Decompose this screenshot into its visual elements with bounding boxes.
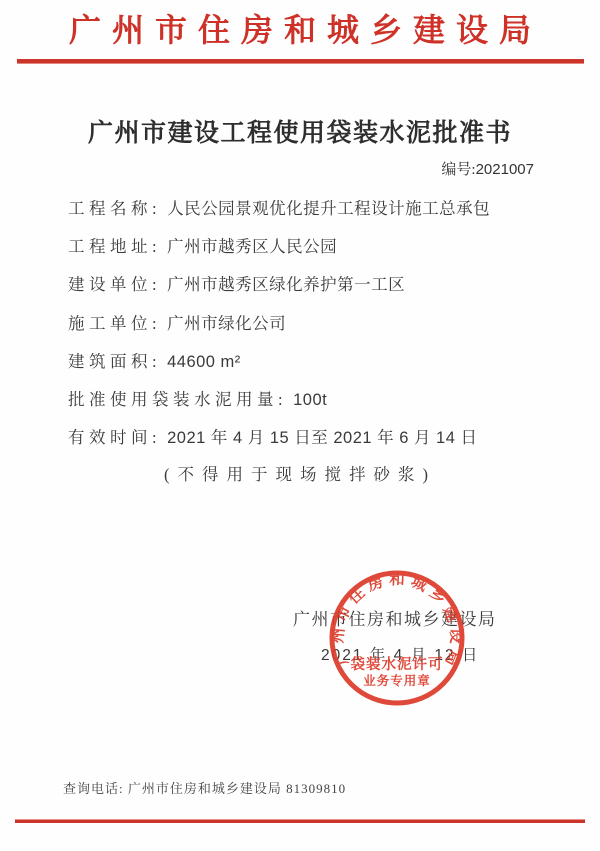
field-value: 人民公园景观优化提升工程设计施工总承包 (167, 200, 490, 218)
footer-contact-phone: 查询电话: 广州市住房和城乡建设局 81309810 (63, 778, 346, 797)
signature-issuer: 广州市住房和城乡建设局 (293, 605, 497, 630)
field-value: 广州市绿化公司 (167, 315, 286, 333)
official-red-seal: 广州市住房和城乡建设局 袋装水泥许可 业务专用章 (327, 568, 467, 708)
field-value: 广州市越秀区绿化养护第一工区 (167, 276, 405, 294)
field-label: 批准使用袋装水泥用量: (68, 390, 287, 409)
field-value: 广州市越秀区人民公园 (167, 238, 337, 256)
field-row-contractor-unit: 施工单位:广州市绿化公司 (68, 305, 600, 343)
field-label: 施工单位: (68, 314, 161, 333)
document-number-value: 2021007 (476, 161, 534, 178)
document-number-label: 编号: (441, 162, 475, 178)
field-row-construction-unit: 建设单位:广州市越秀区绿化养护第一工区 (68, 266, 600, 304)
fields-section: 工程名称:人民公园景观优化提升工程设计施工总承包 工程地址:广州市越秀区人民公园… (0, 190, 600, 457)
letterhead-agency-name: 广州市住房和城乡建设局 (0, 10, 600, 50)
field-label: 工程名称: (68, 199, 161, 218)
signature-date: 2021 年 4 月 12 日 (321, 643, 479, 665)
seal-ring-circle (332, 573, 462, 703)
field-row-project-address: 工程地址:广州市越秀区人民公园 (68, 228, 600, 266)
field-value: 44600 m² (167, 353, 241, 371)
seal-inner-line2: 业务专用章 (363, 673, 431, 688)
restriction-note: (不得用于现场搅拌砂浆) (0, 458, 600, 492)
letterhead-divider-rule (17, 59, 584, 64)
field-label: 建筑面积: (68, 352, 161, 371)
footer-divider-rule (15, 819, 585, 823)
document-title: 广州市建设工程使用袋装水泥批准书 (0, 119, 600, 149)
field-value: 2021 年 4 月 15 日至 2021 年 6 月 14 日 (167, 429, 477, 447)
approval-document-page: 广州市住房和城乡建设局 广州市建设工程使用袋装水泥批准书 编号:2021007 … (0, 0, 600, 851)
field-row-project-name: 工程名称:人民公园景观优化提升工程设计施工总承包 (68, 190, 600, 228)
field-row-valid-period: 有效时间:2021 年 4 月 15 日至 2021 年 6 月 14 日 (68, 419, 600, 457)
field-value: 100t (293, 391, 327, 409)
document-number-line: 编号:2021007 (0, 158, 600, 179)
field-row-building-area: 建筑面积:44600 m² (68, 343, 600, 381)
field-row-approved-cement-amount: 批准使用袋装水泥用量:100t (68, 381, 600, 419)
field-label: 建设单位: (68, 275, 161, 294)
field-label: 工程地址: (68, 237, 161, 256)
field-label: 有效时间: (68, 428, 161, 447)
